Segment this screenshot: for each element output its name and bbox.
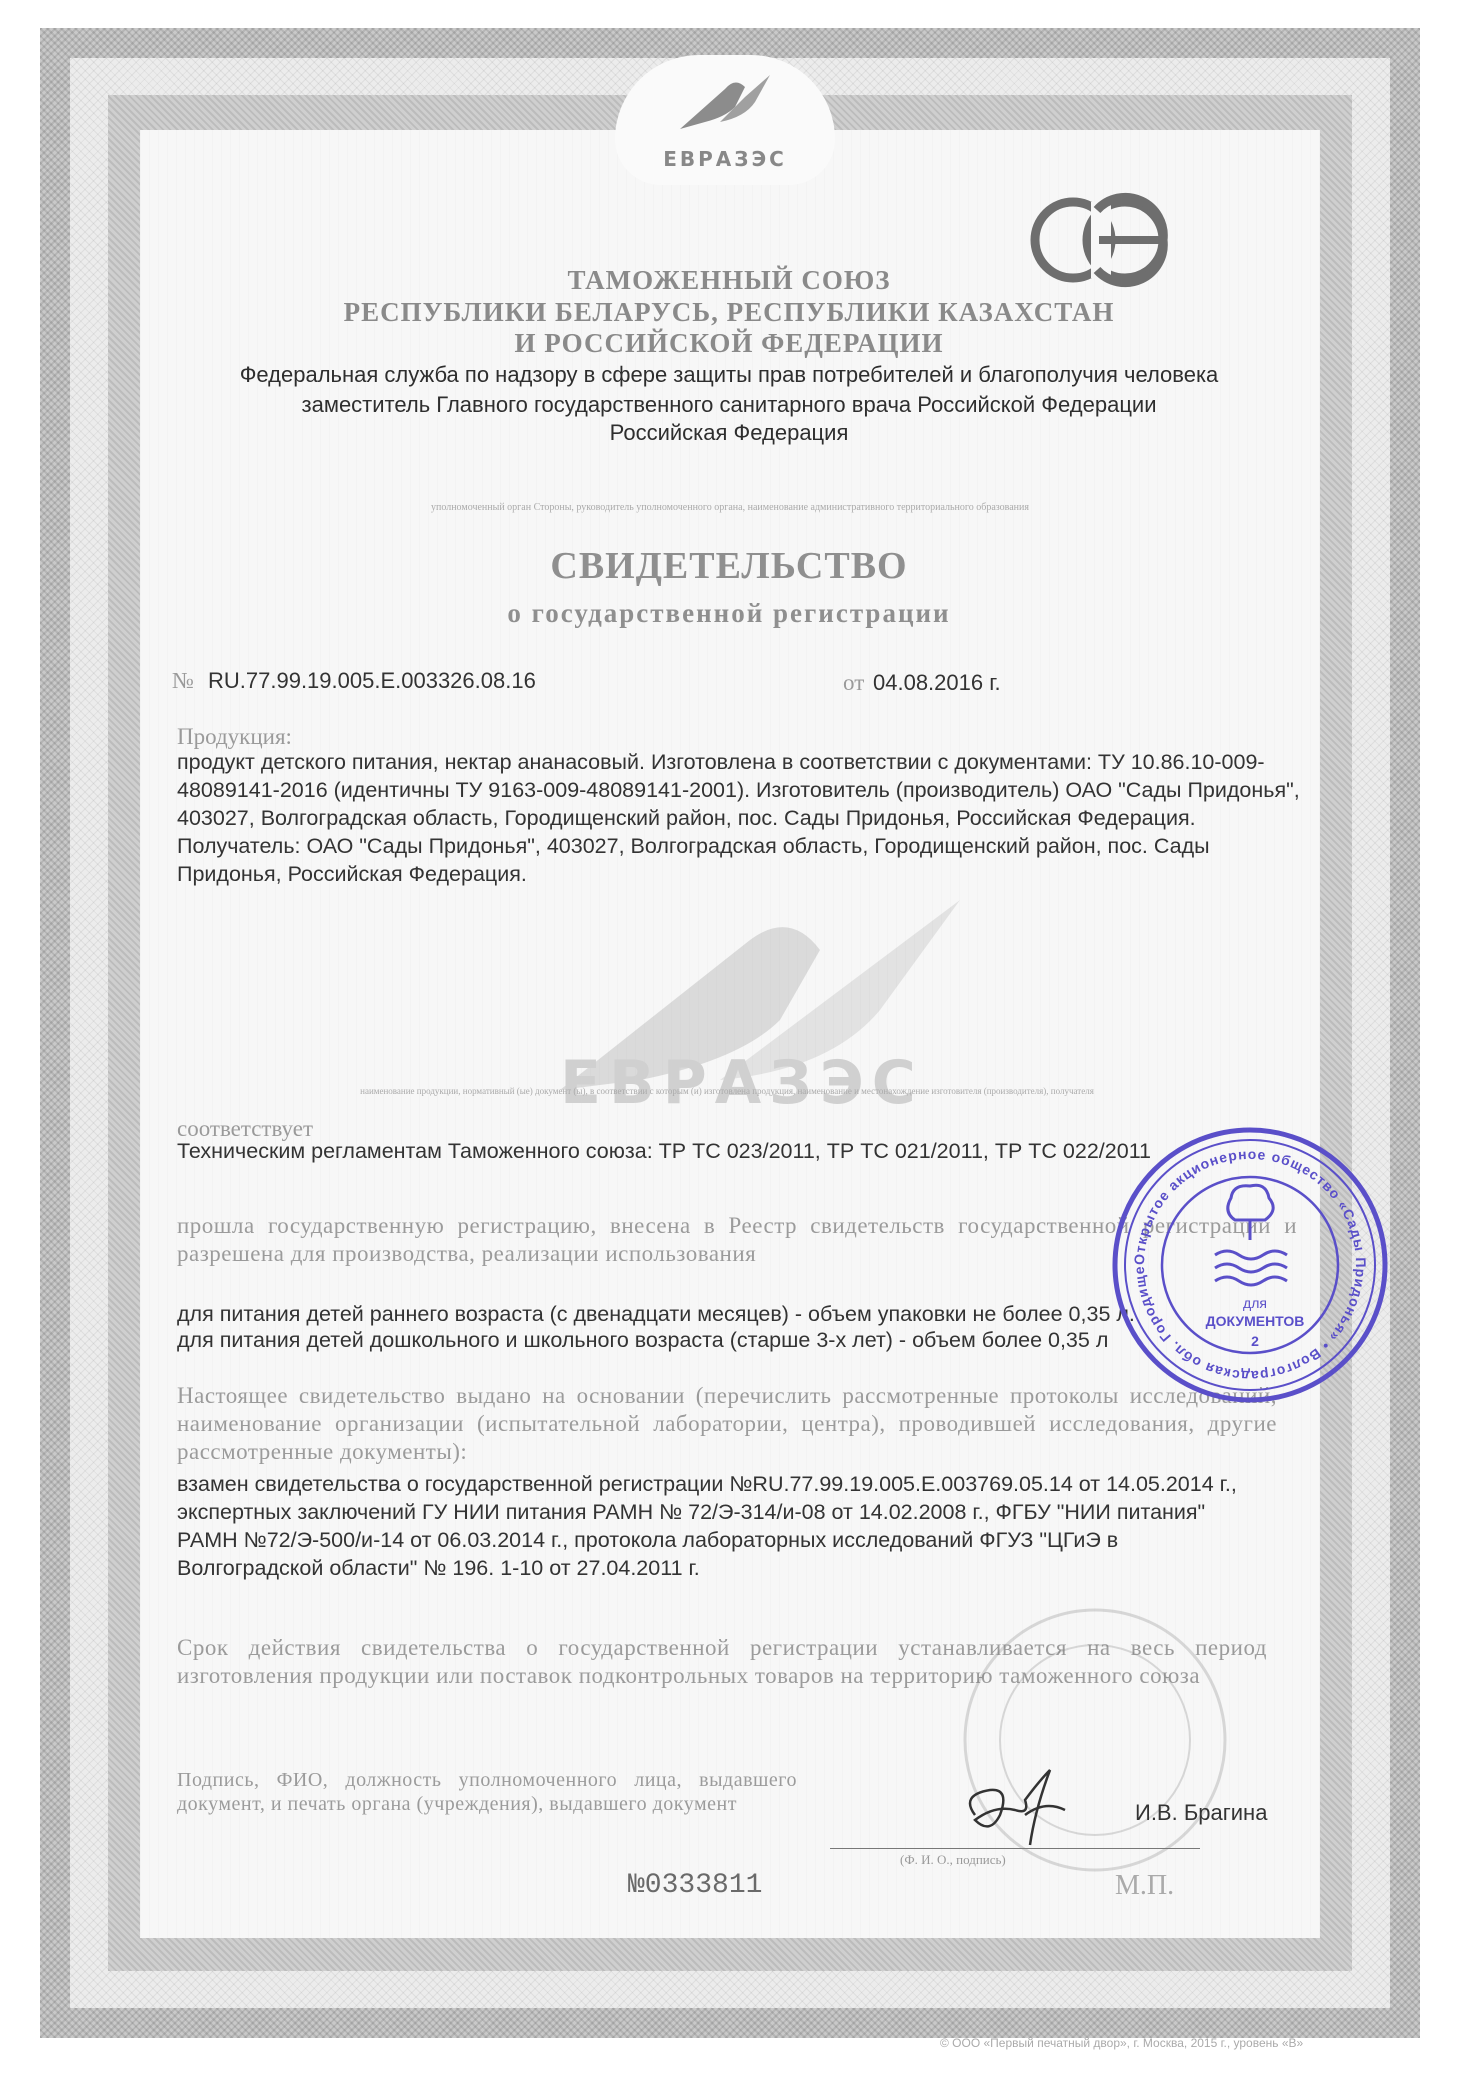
evrazes-emblem: ЕВРАЗЭС	[615, 55, 835, 185]
form-number: №0333811	[628, 1870, 762, 1901]
seal-mark: М.П.	[1115, 1870, 1174, 1902]
swallow-emblem-icon	[675, 67, 775, 137]
company-seal-stamp-icon: Открытое акционерное общество «Сады Прид…	[1105, 1120, 1395, 1410]
signatory-name: И.В. Брагина	[1135, 1800, 1267, 1826]
handwritten-signature-icon	[955, 1760, 1095, 1850]
svg-text:Открытое акционерное общество: Открытое акционерное общество «Сады Прид…	[1105, 1120, 1369, 1384]
authority-line-3: Российская Федерация	[0, 420, 1458, 446]
authority-line-1: Федеральная служба по надзору в сфере за…	[0, 362, 1458, 388]
union-title-line-1: ТАМОЖЕННЫЙ СОЮЗ	[0, 265, 1458, 296]
authority-line-2: заместитель Главного государственного са…	[0, 392, 1458, 418]
union-title-line-3: И РОССИЙСКОЙ ФЕДЕРАЦИИ	[0, 328, 1458, 359]
product-caption: наименование продукции, нормативный (ые)…	[172, 1086, 1282, 1096]
document-title: СВИДЕТЕЛЬСТВО	[0, 544, 1458, 588]
svg-text:2: 2	[1251, 1333, 1259, 1349]
authority-caption: уполномоченный орган Стороны, руководите…	[280, 502, 1180, 513]
document-subtitle: о государственной регистрации	[0, 598, 1458, 629]
watermark-text: ЕВРАЗЭС	[560, 1048, 924, 1118]
basis-documents: взамен свидетельства о государственной р…	[177, 1470, 1237, 1582]
product-description: продукт детского питания, нектар ананасо…	[177, 748, 1317, 888]
svg-text:ДОКУМЕНТОВ: ДОКУМЕНТОВ	[1206, 1313, 1305, 1329]
printer-imprint: © ООО «Первый печатный двор», г. Москва,…	[940, 2036, 1303, 2050]
emblem-text: ЕВРАЗЭС	[663, 147, 787, 171]
number-prefix: №	[172, 668, 194, 694]
union-title-line-2: РЕСПУБЛИКИ БЕЛАРУСЬ, РЕСПУБЛИКИ КАЗАХСТА…	[0, 297, 1458, 328]
certificate-date: 04.08.2016 г.	[873, 670, 1001, 696]
signature-label: Подпись, ФИО, должность уполномоченного …	[177, 1768, 797, 1816]
date-prefix: от	[843, 670, 864, 696]
svg-text:для: для	[1243, 1295, 1267, 1311]
signature-line	[830, 1848, 1200, 1849]
signature-line-caption: (Ф. И. О., подпись)	[900, 1852, 1006, 1868]
certificate-number: RU.77.99.19.005.Е.003326.08.16	[208, 668, 536, 694]
product-label: Продукция:	[177, 724, 292, 750]
